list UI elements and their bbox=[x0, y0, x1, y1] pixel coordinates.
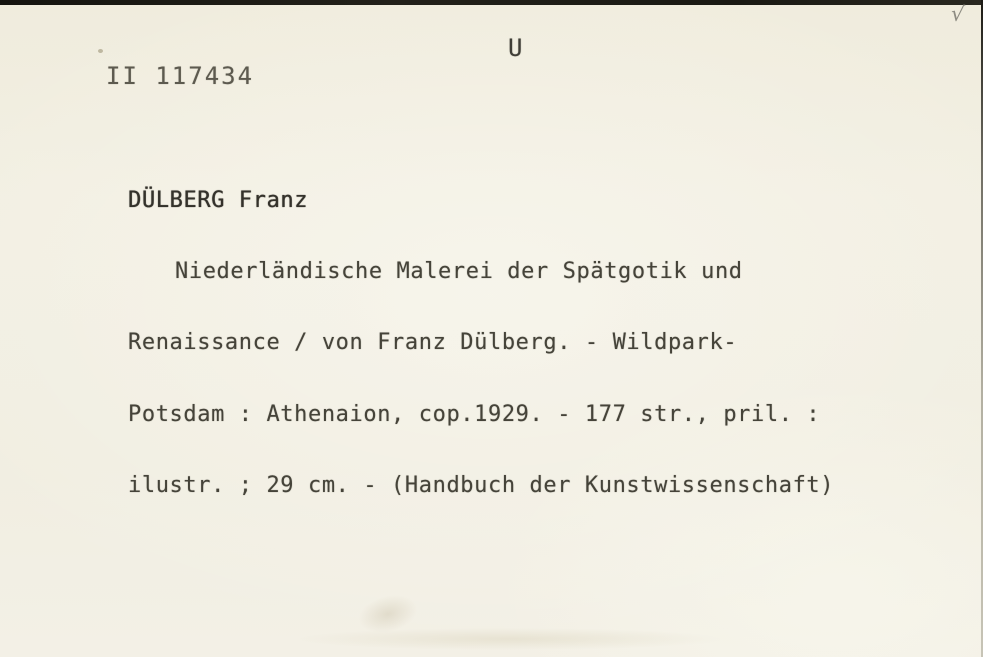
call-number: II 117434 bbox=[106, 62, 254, 90]
catalog-entry: DÜLBERG Franz Niederländische Malerei de… bbox=[128, 141, 834, 522]
entry-line-statement: Renaissance / von Franz Dülberg. - Wildp… bbox=[128, 331, 834, 355]
scanner-edge-top bbox=[0, 0, 983, 5]
paper-speck bbox=[98, 49, 103, 53]
entry-line-imprint: Potsdam : Athenaion, cop.1929. - 177 str… bbox=[128, 403, 834, 427]
entry-line-title: Niederländische Malerei der Spätgotik un… bbox=[128, 260, 834, 284]
pencil-checkmark: √ bbox=[950, 1, 966, 26]
entry-heading-author: DÜLBERG Franz bbox=[128, 189, 834, 213]
paper-smudge-bottom bbox=[300, 628, 720, 650]
entry-line-collation: ilustr. ; 29 cm. - (Handbuch der Kunstwi… bbox=[128, 474, 834, 498]
classification-letter: U bbox=[508, 34, 522, 62]
